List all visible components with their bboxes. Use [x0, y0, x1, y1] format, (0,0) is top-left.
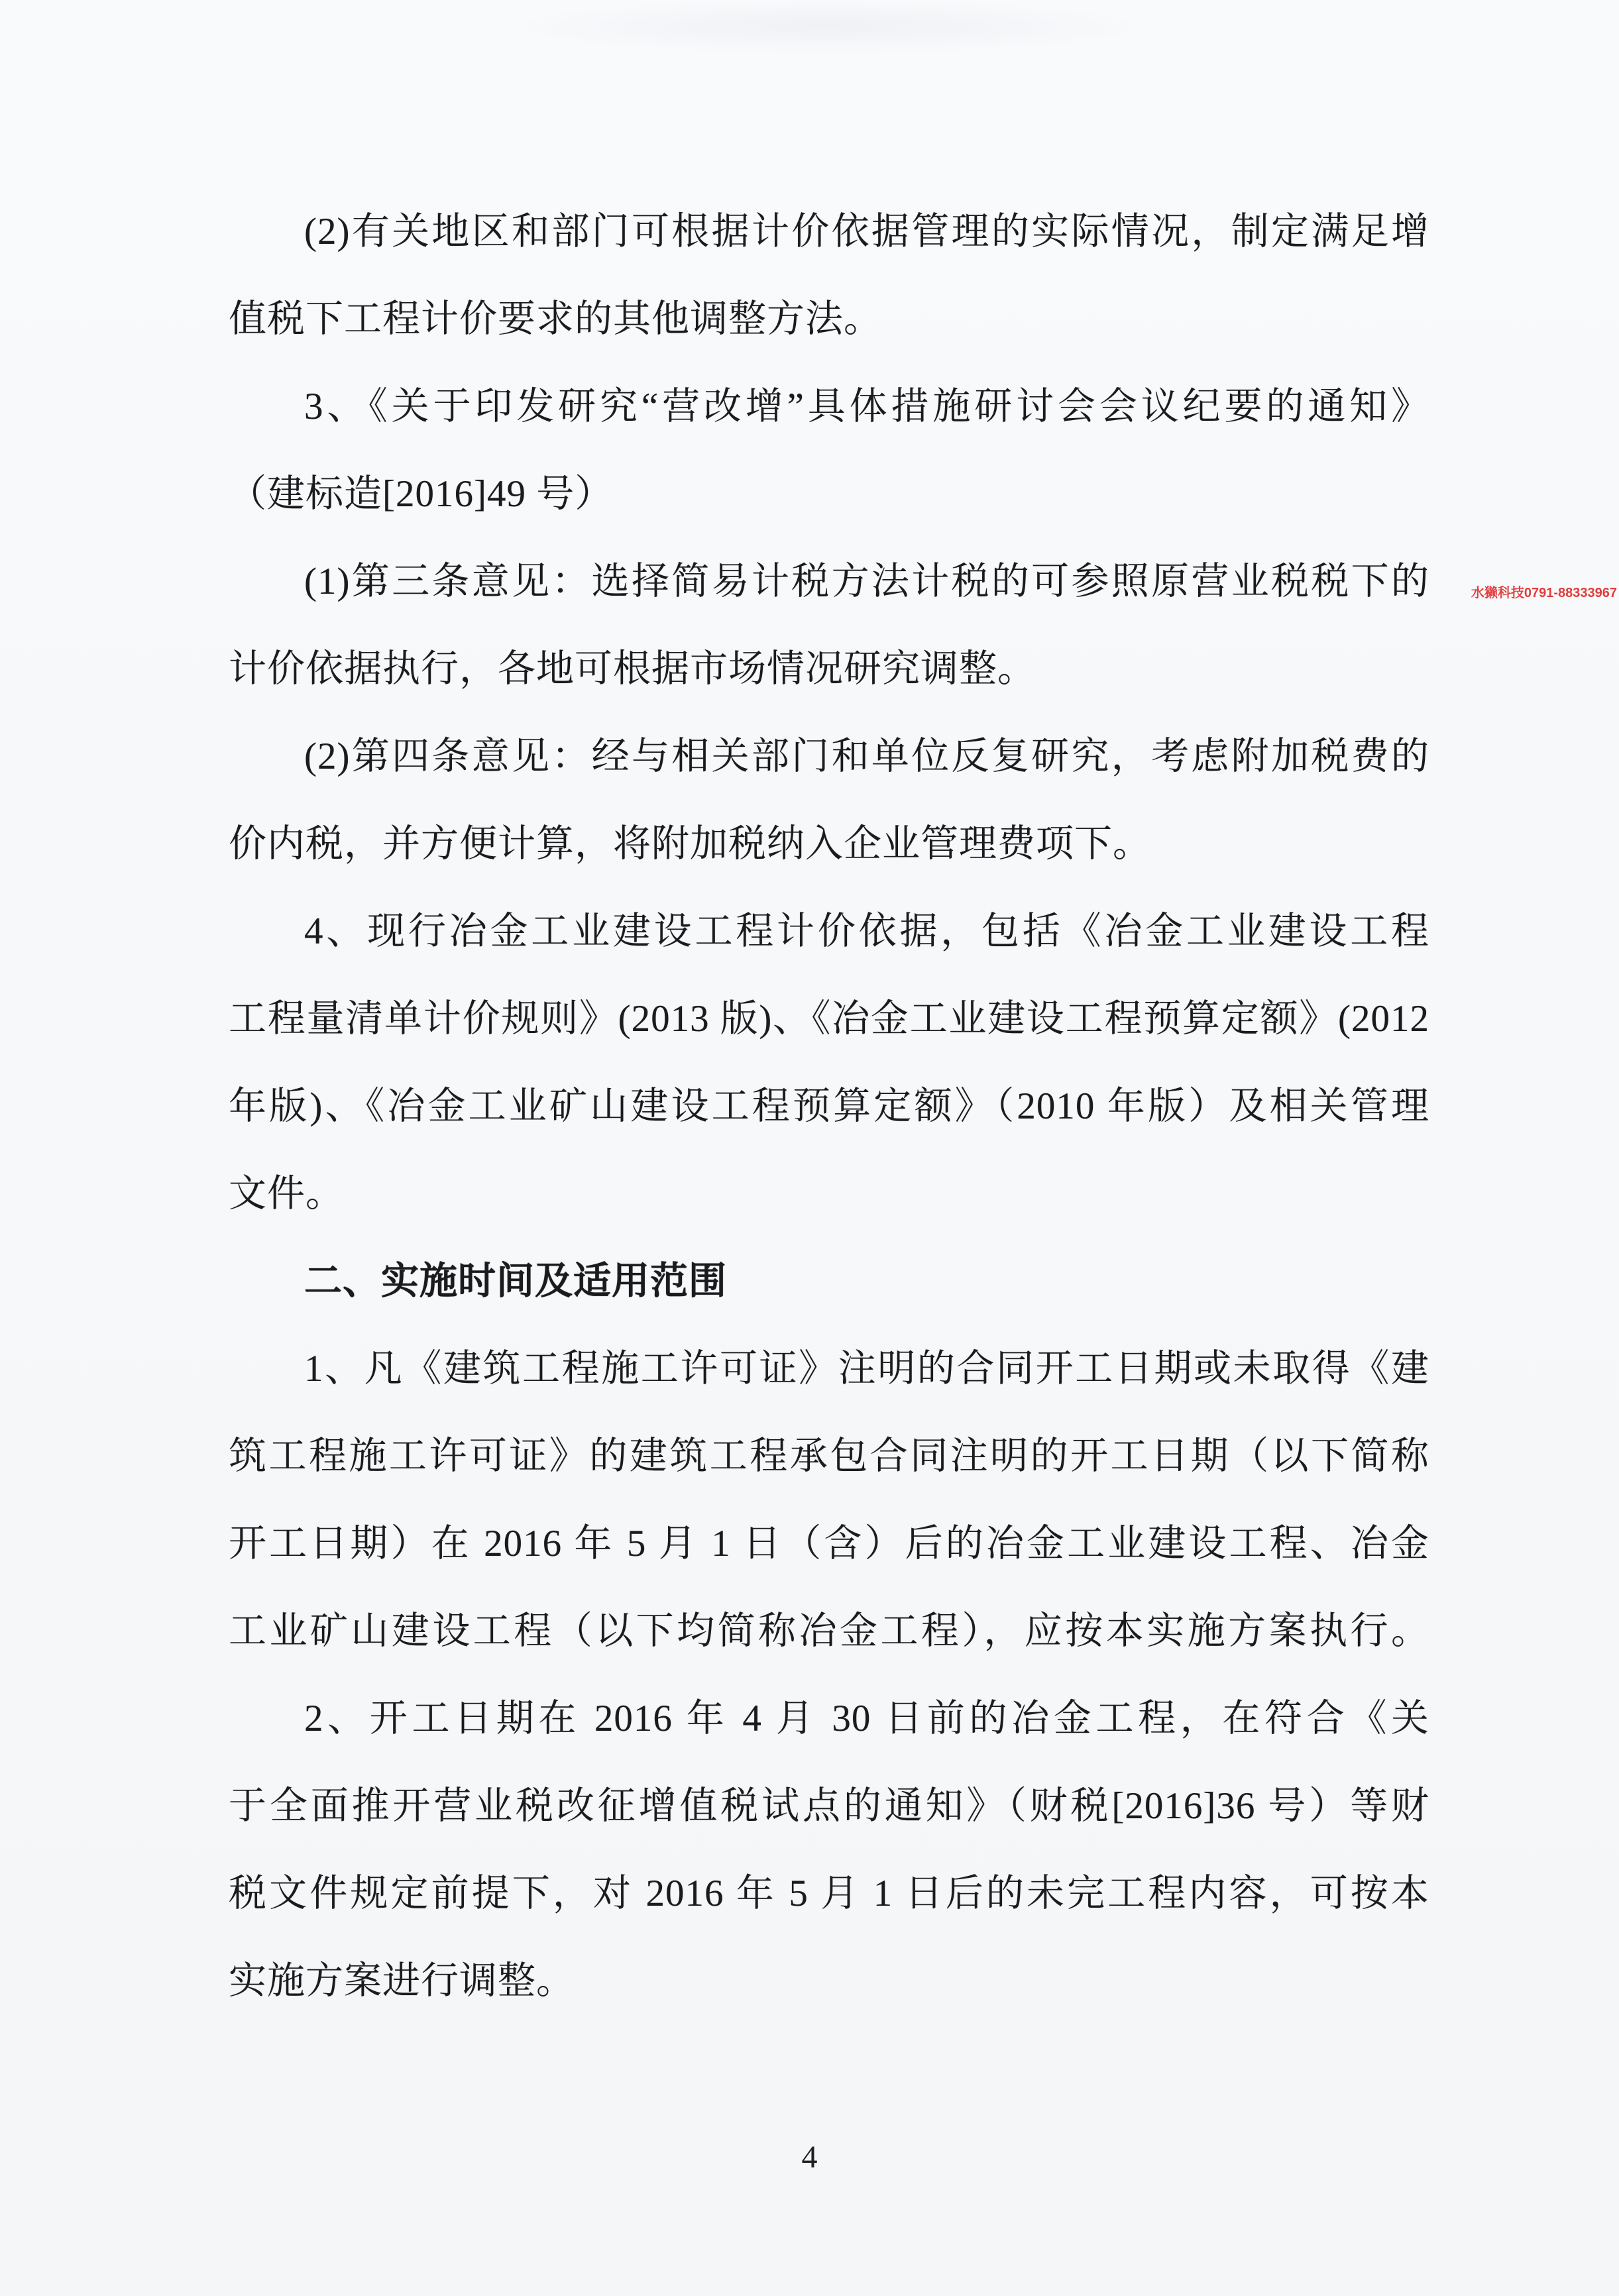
- text-line: (2)第四条意见：经与相关部门和单位反复研究，考虑附加税费的: [229, 713, 1429, 800]
- body-text: (2)有关地区和部门可根据计价依据管理的实际情况，制定满足增值税下工程计价要求的…: [229, 188, 1429, 2025]
- text-line: 实施方案进行调整。: [229, 1938, 1429, 2025]
- text-line: 于全面推开营业税改征增值税试点的通知》（财税[2016]36 号）等财: [229, 1763, 1429, 1850]
- text-line: 价内税，并方便计算，将附加税纳入企业管理费项下。: [229, 800, 1429, 888]
- text-line: 3、《关于印发研究“营改增”具体措施研讨会会议纪要的通知》: [229, 363, 1429, 451]
- text-line: 筑工程施工许可证》的建筑工程承包合同注明的开工日期（以下简称: [229, 1413, 1429, 1500]
- text-line: 开工日期）在 2016 年 5 月 1 日（含）后的冶金工业建设工程、冶金: [229, 1500, 1429, 1588]
- text-line: 工程量清单计价规则》(2013 版)、《冶金工业建设工程预算定额》(2012: [229, 975, 1429, 1063]
- text-line: 1、凡《建筑工程施工许可证》注明的合同开工日期或未取得《建: [229, 1325, 1429, 1413]
- vendor-watermark: 水獭科技0791-88333967: [1471, 582, 1617, 601]
- text-line: 2、开工日期在 2016 年 4 月 30 日前的冶金工程，在符合《关: [229, 1675, 1429, 1763]
- text-line: 4、现行冶金工业建设工程计价依据，包括《冶金工业建设工程: [229, 888, 1429, 975]
- page-number: 4: [0, 2139, 1619, 2175]
- text-line: 税文件规定前提下，对 2016 年 5 月 1 日后的未完工程内容，可按本: [229, 1850, 1429, 1938]
- document-page: (2)有关地区和部门可根据计价依据管理的实际情况，制定满足增值税下工程计价要求的…: [0, 0, 1619, 2296]
- text-line: 计价依据执行，各地可根据市场情况研究调整。: [229, 626, 1429, 713]
- section-heading: 二、实施时间及适用范围: [229, 1238, 1429, 1325]
- text-line: (2)有关地区和部门可根据计价依据管理的实际情况，制定满足增: [229, 188, 1429, 276]
- text-line: 值税下工程计价要求的其他调整方法。: [229, 276, 1429, 363]
- text-line: 工业矿山建设工程（以下均简称冶金工程），应按本实施方案执行。: [229, 1588, 1429, 1675]
- text-line: 文件。: [229, 1150, 1429, 1238]
- text-line: （建标造[2016]49 号）: [229, 451, 1429, 538]
- text-line: 年版)、《冶金工业矿山建设工程预算定额》（2010 年版）及相关管理: [229, 1063, 1429, 1150]
- text-line: (1)第三条意见：选择简易计税方法计税的可参照原营业税税下的: [229, 538, 1429, 626]
